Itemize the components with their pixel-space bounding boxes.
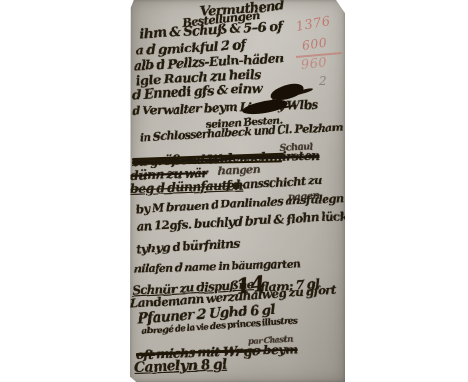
- ink-blot: [241, 98, 288, 116]
- manuscript-paper: VermuthendBestellungenihm & Schuß & 5–6 …: [130, 0, 345, 382]
- pencil-number: 2: [319, 74, 327, 88]
- big-ink-number: 14: [234, 271, 266, 299]
- manuscript-photo: VermuthendBestellungenihm & Schuß & 5–6 …: [0, 0, 468, 382]
- red-sum-number: 960: [300, 55, 328, 73]
- ink-strike-stroke: [136, 349, 256, 355]
- ink-strike-stroke: [132, 153, 284, 161]
- ink-strike-stroke: [134, 160, 282, 165]
